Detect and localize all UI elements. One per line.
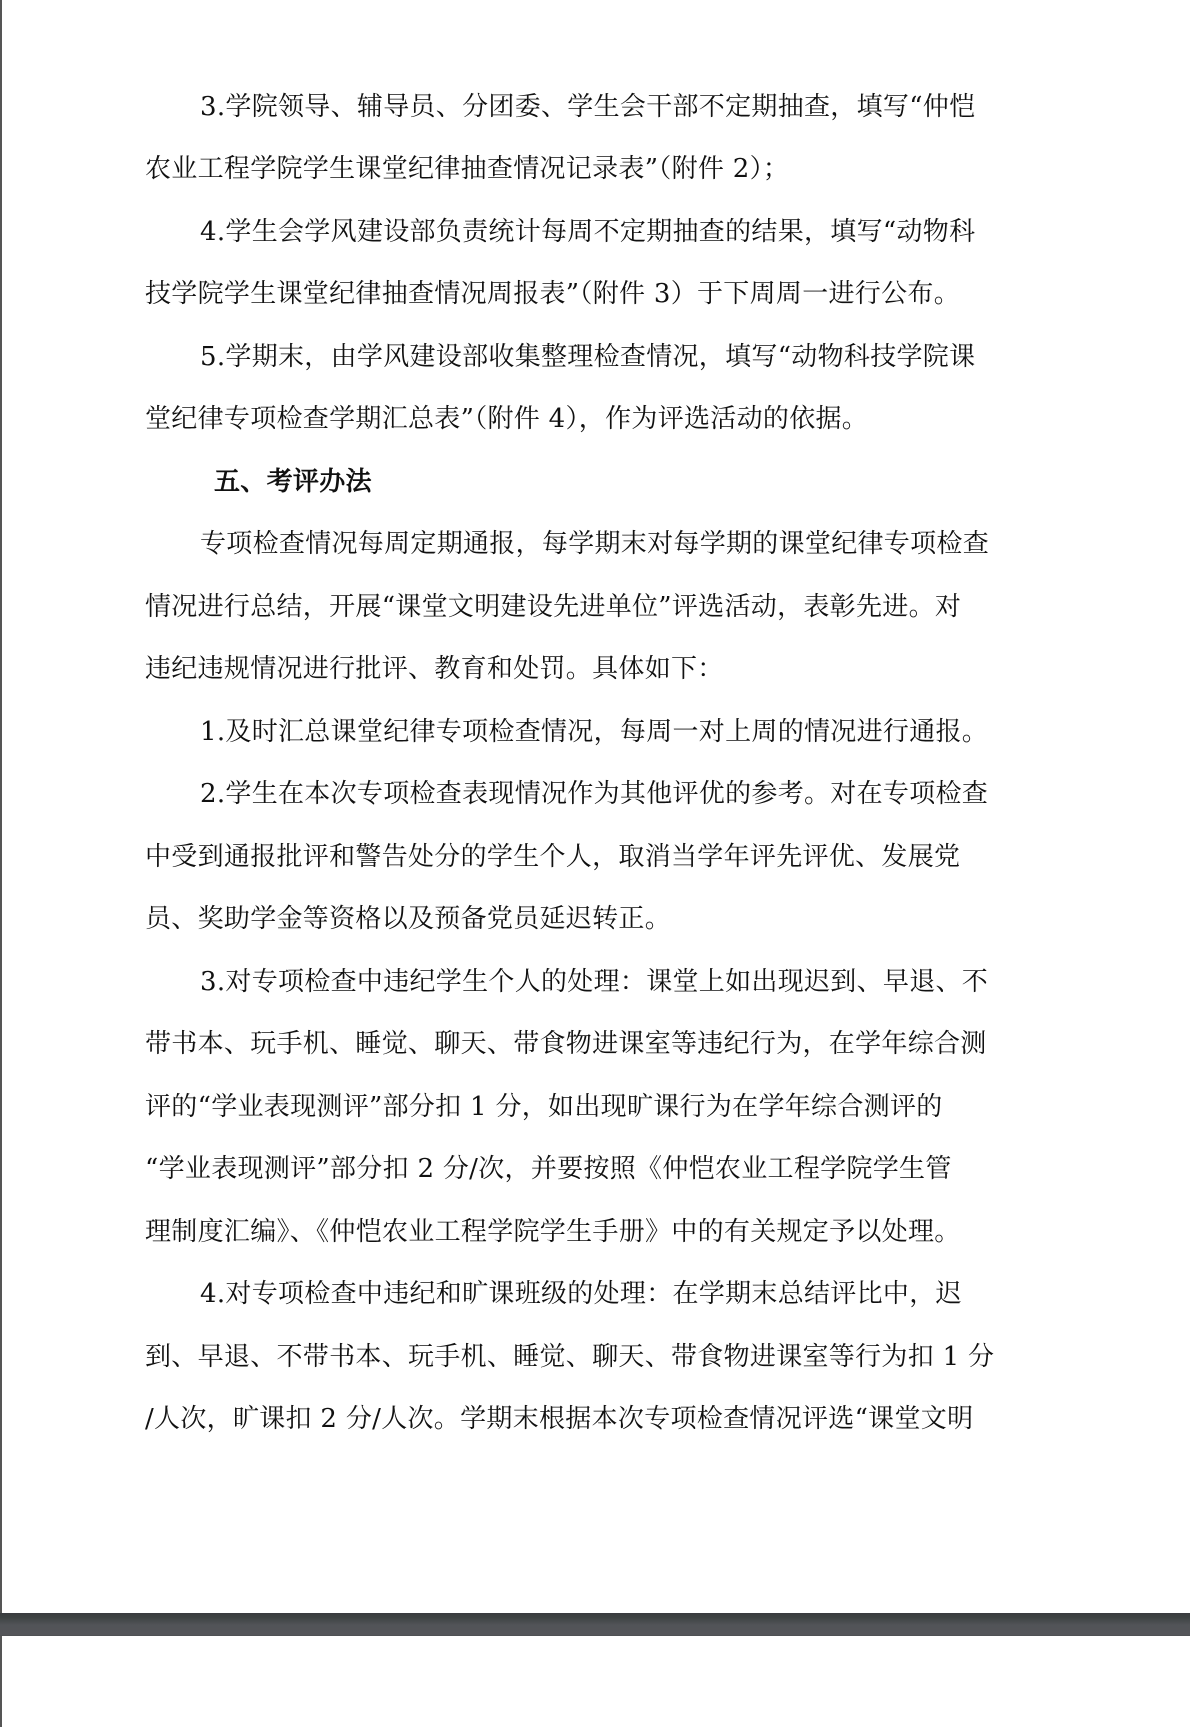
document-page: 3.学院领导、辅导员、分团委、学生会干部不定期抽查，填写“仲恺 农业工程学院学生… — [0, 0, 1190, 1613]
paragraph-line: 4.学生会学风建设部负责统计每周不定期抽查的结果，填写“动物科 — [200, 212, 975, 252]
paragraph-line: 1.及时汇总课堂纪律专项检查情况，每周一对上周的情况进行通报。 — [200, 712, 988, 752]
paragraph-line: /人次，旷课扣 2 分/人次。学期末根据本次专项检查情况评选“课堂文明 — [145, 1399, 973, 1439]
paragraph-line: 评的“学业表现测评”部分扣 1 分，如出现旷课行为在学年综合测评的 — [145, 1087, 943, 1127]
paragraph-line: 3.学院领导、辅导员、分团委、学生会干部不定期抽查，填写“仲恺 — [200, 87, 975, 127]
paragraph-line: 2.学生在本次专项检查表现情况作为其他评优的参考。对在专项检查 — [200, 774, 988, 814]
paragraph-line: 专项检查情况每周定期通报，每学期末对每学期的课堂纪律专项检查 — [200, 524, 989, 564]
paragraph-line: 3.对专项检查中违纪学生个人的处理：课堂上如出现迟到、早退、不 — [200, 962, 988, 1002]
paragraph-line: 技学院学生课堂纪律抽查情况周报表”（附件 3）于下周周一进行公布。 — [145, 274, 960, 314]
page-separator — [0, 1613, 1190, 1636]
paragraph-line: 理制度汇编》、《仲恺农业工程学院学生手册》中的有关规定予以处理。 — [145, 1212, 961, 1252]
paragraph-line: 4.对专项检查中违纪和旷课班级的处理：在学期末总结评比中，迟 — [200, 1274, 962, 1314]
paragraph-line: 带书本、玩手机、睡觉、聊天、带食物进课室等违纪行为，在学年综合测 — [145, 1024, 987, 1064]
next-document-page — [0, 1636, 1190, 1727]
paragraph-line: 中受到通报批评和警告处分的学生个人，取消当学年评先评优、发展党 — [145, 837, 960, 877]
paragraph-line: 5.学期末，由学风建设部收集整理检查情况，填写“动物科技学院课 — [200, 337, 975, 377]
paragraph-line: 员、奖助学金等资格以及预备党员延迟转正。 — [145, 899, 671, 939]
paragraph-line: 农业工程学院学生课堂纪律抽查情况记录表”（附件 2）； — [145, 149, 789, 189]
paragraph-line: 违纪违规情况进行批评、教育和处罚。具体如下： — [145, 649, 724, 689]
paragraph-line: 到、早退、不带书本、玩手机、睡觉、聊天、带食物进课室等行为扣 1 分 — [145, 1337, 994, 1377]
paragraph-line: 情况进行总结，开展“课堂文明建设先进单位”评选活动，表彰先进。对 — [145, 587, 961, 627]
paragraph-line: “学业表现测评”部分扣 2 分/次，并要按照《仲恺农业工程学院学生管 — [145, 1149, 952, 1189]
section-heading: 五、考评办法 — [214, 462, 372, 502]
paragraph-line: 堂纪律专项检查学期汇总表”（附件 4），作为评选活动的依据。 — [145, 399, 868, 439]
